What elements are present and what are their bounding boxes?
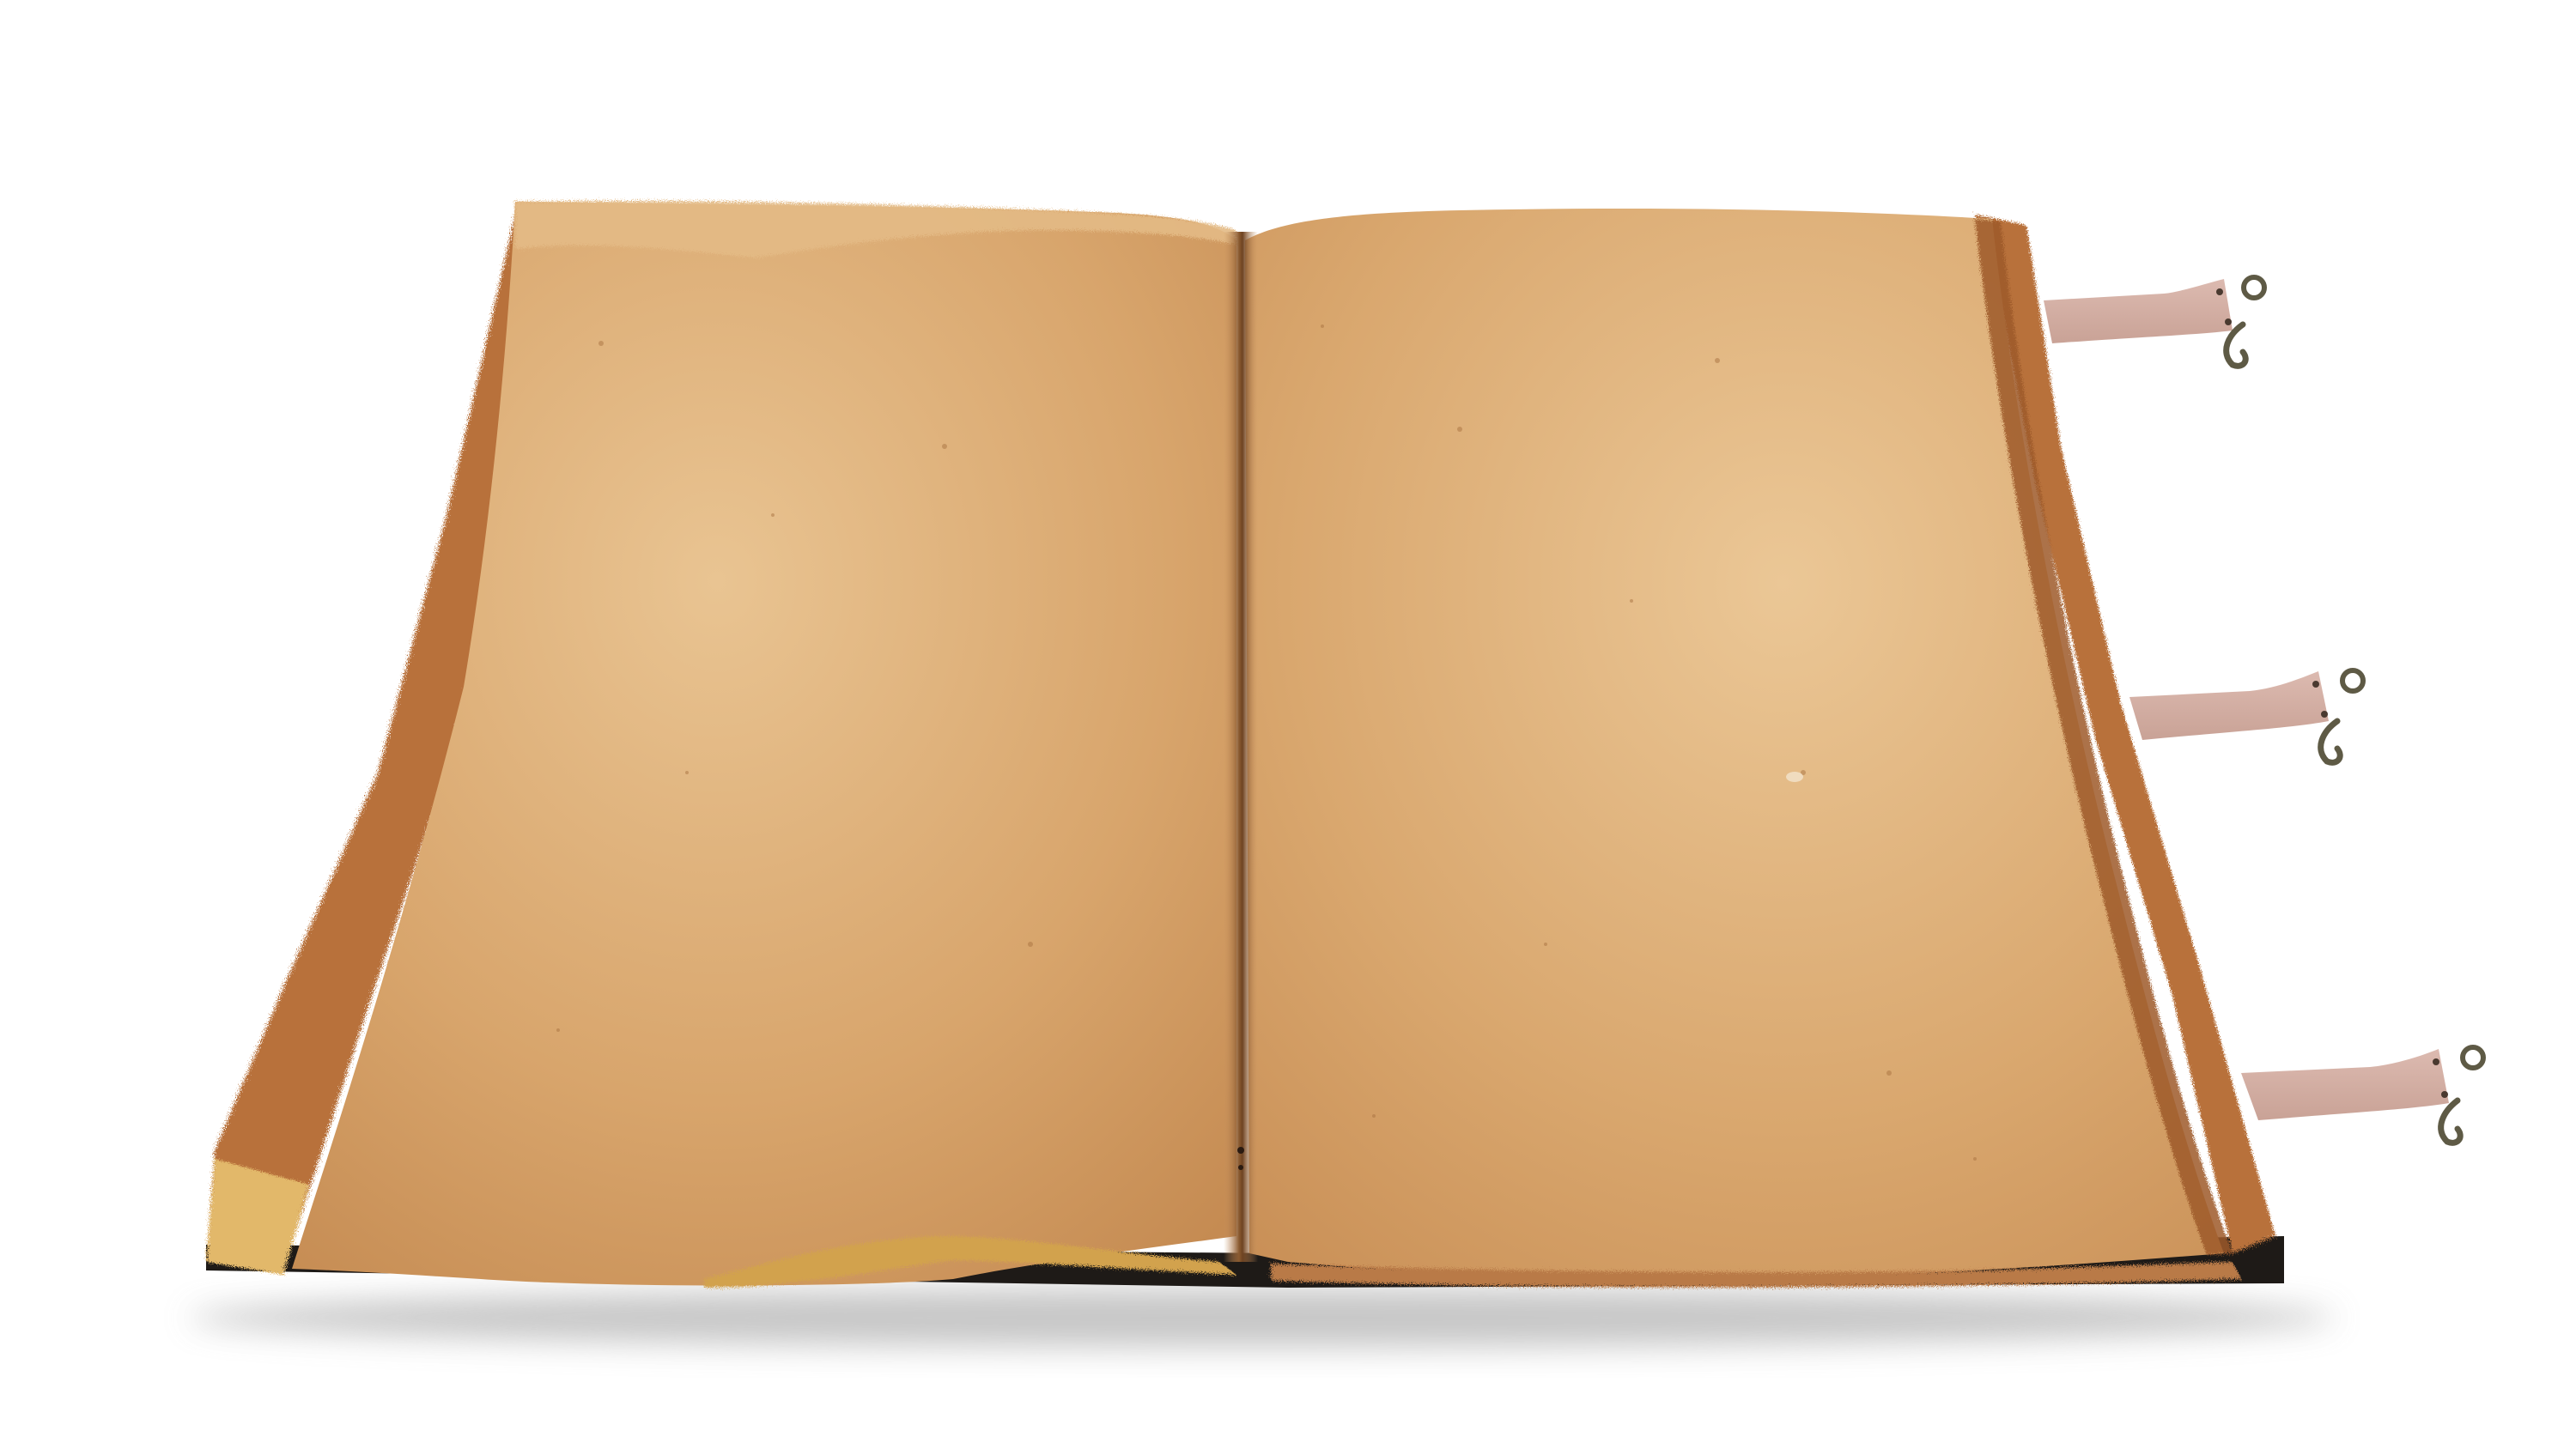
book-shadow	[189, 1288, 2336, 1348]
stitch-hole	[1237, 1147, 1244, 1154]
page-smudge	[1786, 772, 1803, 782]
clasp-hook-icon	[2321, 721, 2341, 762]
photo-scene	[0, 0, 2576, 1437]
clasp-strap-top[interactable]	[2044, 277, 2264, 366]
clasp-strap-middle[interactable]	[2129, 670, 2363, 762]
clasp-ring-icon	[2463, 1047, 2483, 1068]
clasp-hook-icon	[2441, 1100, 2461, 1143]
clasp-ring-icon	[2342, 670, 2363, 691]
open-book-illustration	[0, 0, 2576, 1437]
clasp-ring-icon	[2244, 277, 2264, 298]
book-gutter	[1224, 232, 1258, 1262]
stitch-hole	[1238, 1165, 1243, 1170]
clasp-strap-bottom[interactable]	[2241, 1047, 2483, 1143]
